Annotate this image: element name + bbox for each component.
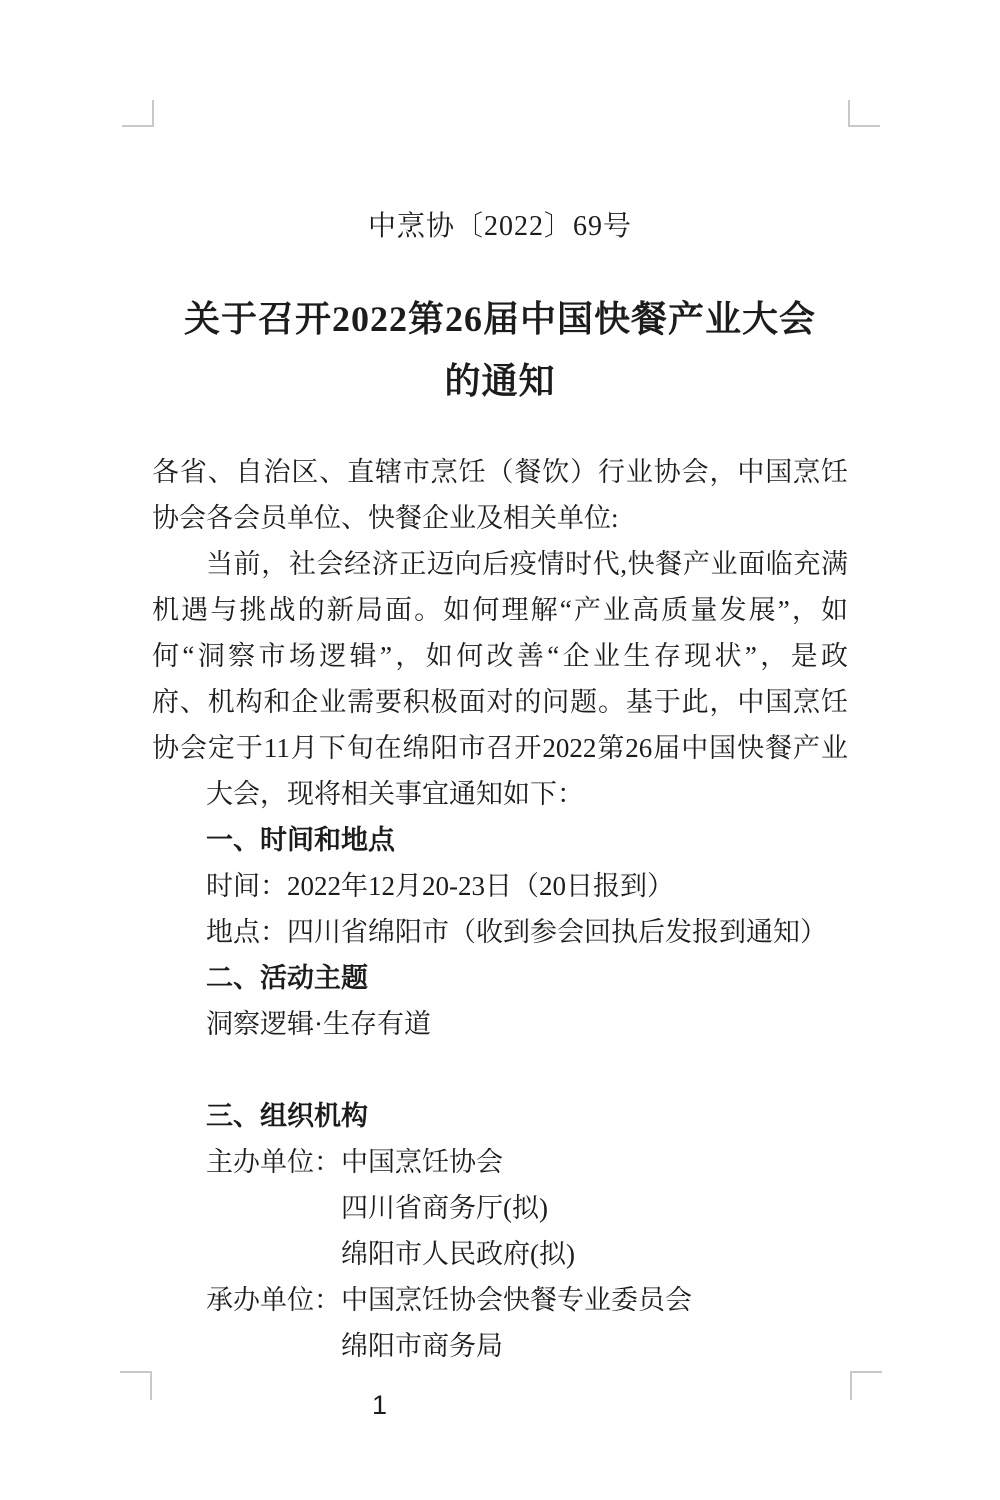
doc-number: 中烹协〔2022〕69号 [0,204,1000,244]
body-line-organizer: 承办单位：中国烹饪协会快餐专业委员会 [152,1277,848,1323]
section-heading-3: 三、组织机构 [152,1093,848,1139]
section-heading-1: 一、时间和地点 [152,817,848,863]
doc-title-line-2: 的通知 [0,350,1000,412]
body-line-para-5: 协会定于11月下旬在绵阳市召开2022第26届中国快餐产业 [152,725,848,771]
crop-mark-top-left-icon [122,100,154,127]
body-line-para-1: 当前，社会经济正迈向后疫情时代,快餐产业面临充满 [152,541,848,587]
body-line-blank [152,1047,848,1093]
crop-mark-bottom-right-icon [850,1371,882,1400]
body-line-place: 地点：四川省绵阳市（收到参会回执后发报到通知） [152,909,848,955]
body-line-host-2: 四川省商务厅(拟) [341,1185,848,1231]
body-line-salutation-1: 各省、自治区、直辖市烹饪（餐饮）行业协会，中国烹饪 [152,449,848,495]
crop-mark-top-right-icon [848,100,880,127]
body-line-host: 主办单位：中国烹饪协会 [152,1139,848,1185]
body-line-para-4: 府、机构和企业需要积极面对的问题。基于此，中国烹饪 [152,679,848,725]
doc-title-line-1: 关于召开2022第26届中国快餐产业大会 [0,288,1000,350]
body-line-para-3: 何“洞察市场逻辑”，如何改善“企业生存现状”，是政 [152,633,848,679]
doc-body: 各省、自治区、直辖市烹饪（餐饮）行业协会，中国烹饪 协会各会员单位、快餐企业及相… [152,449,848,1369]
crop-mark-bottom-left-icon [120,1371,152,1400]
document-page: 中烹协〔2022〕69号 关于召开2022第26届中国快餐产业大会 的通知 各省… [0,0,1000,1500]
body-line-theme: 洞察逻辑·生存有道 [152,1001,848,1047]
body-line-organizer-2: 绵阳市商务局 [341,1323,848,1369]
page-number: 1 [372,1390,387,1421]
body-line-para-6: 大会，现将相关事宜通知如下： [152,771,848,817]
body-line-para-2: 机遇与挑战的新局面。如何理解“产业高质量发展”，如 [152,587,848,633]
section-heading-2: 二、活动主题 [152,955,848,1001]
body-line-salutation-2: 协会各会员单位、快餐企业及相关单位: [152,495,848,541]
body-line-time: 时间：2022年12月20-23日（20日报到） [152,863,848,909]
doc-title: 关于召开2022第26届中国快餐产业大会 的通知 [0,288,1000,412]
body-line-host-3: 绵阳市人民政府(拟) [341,1231,848,1277]
